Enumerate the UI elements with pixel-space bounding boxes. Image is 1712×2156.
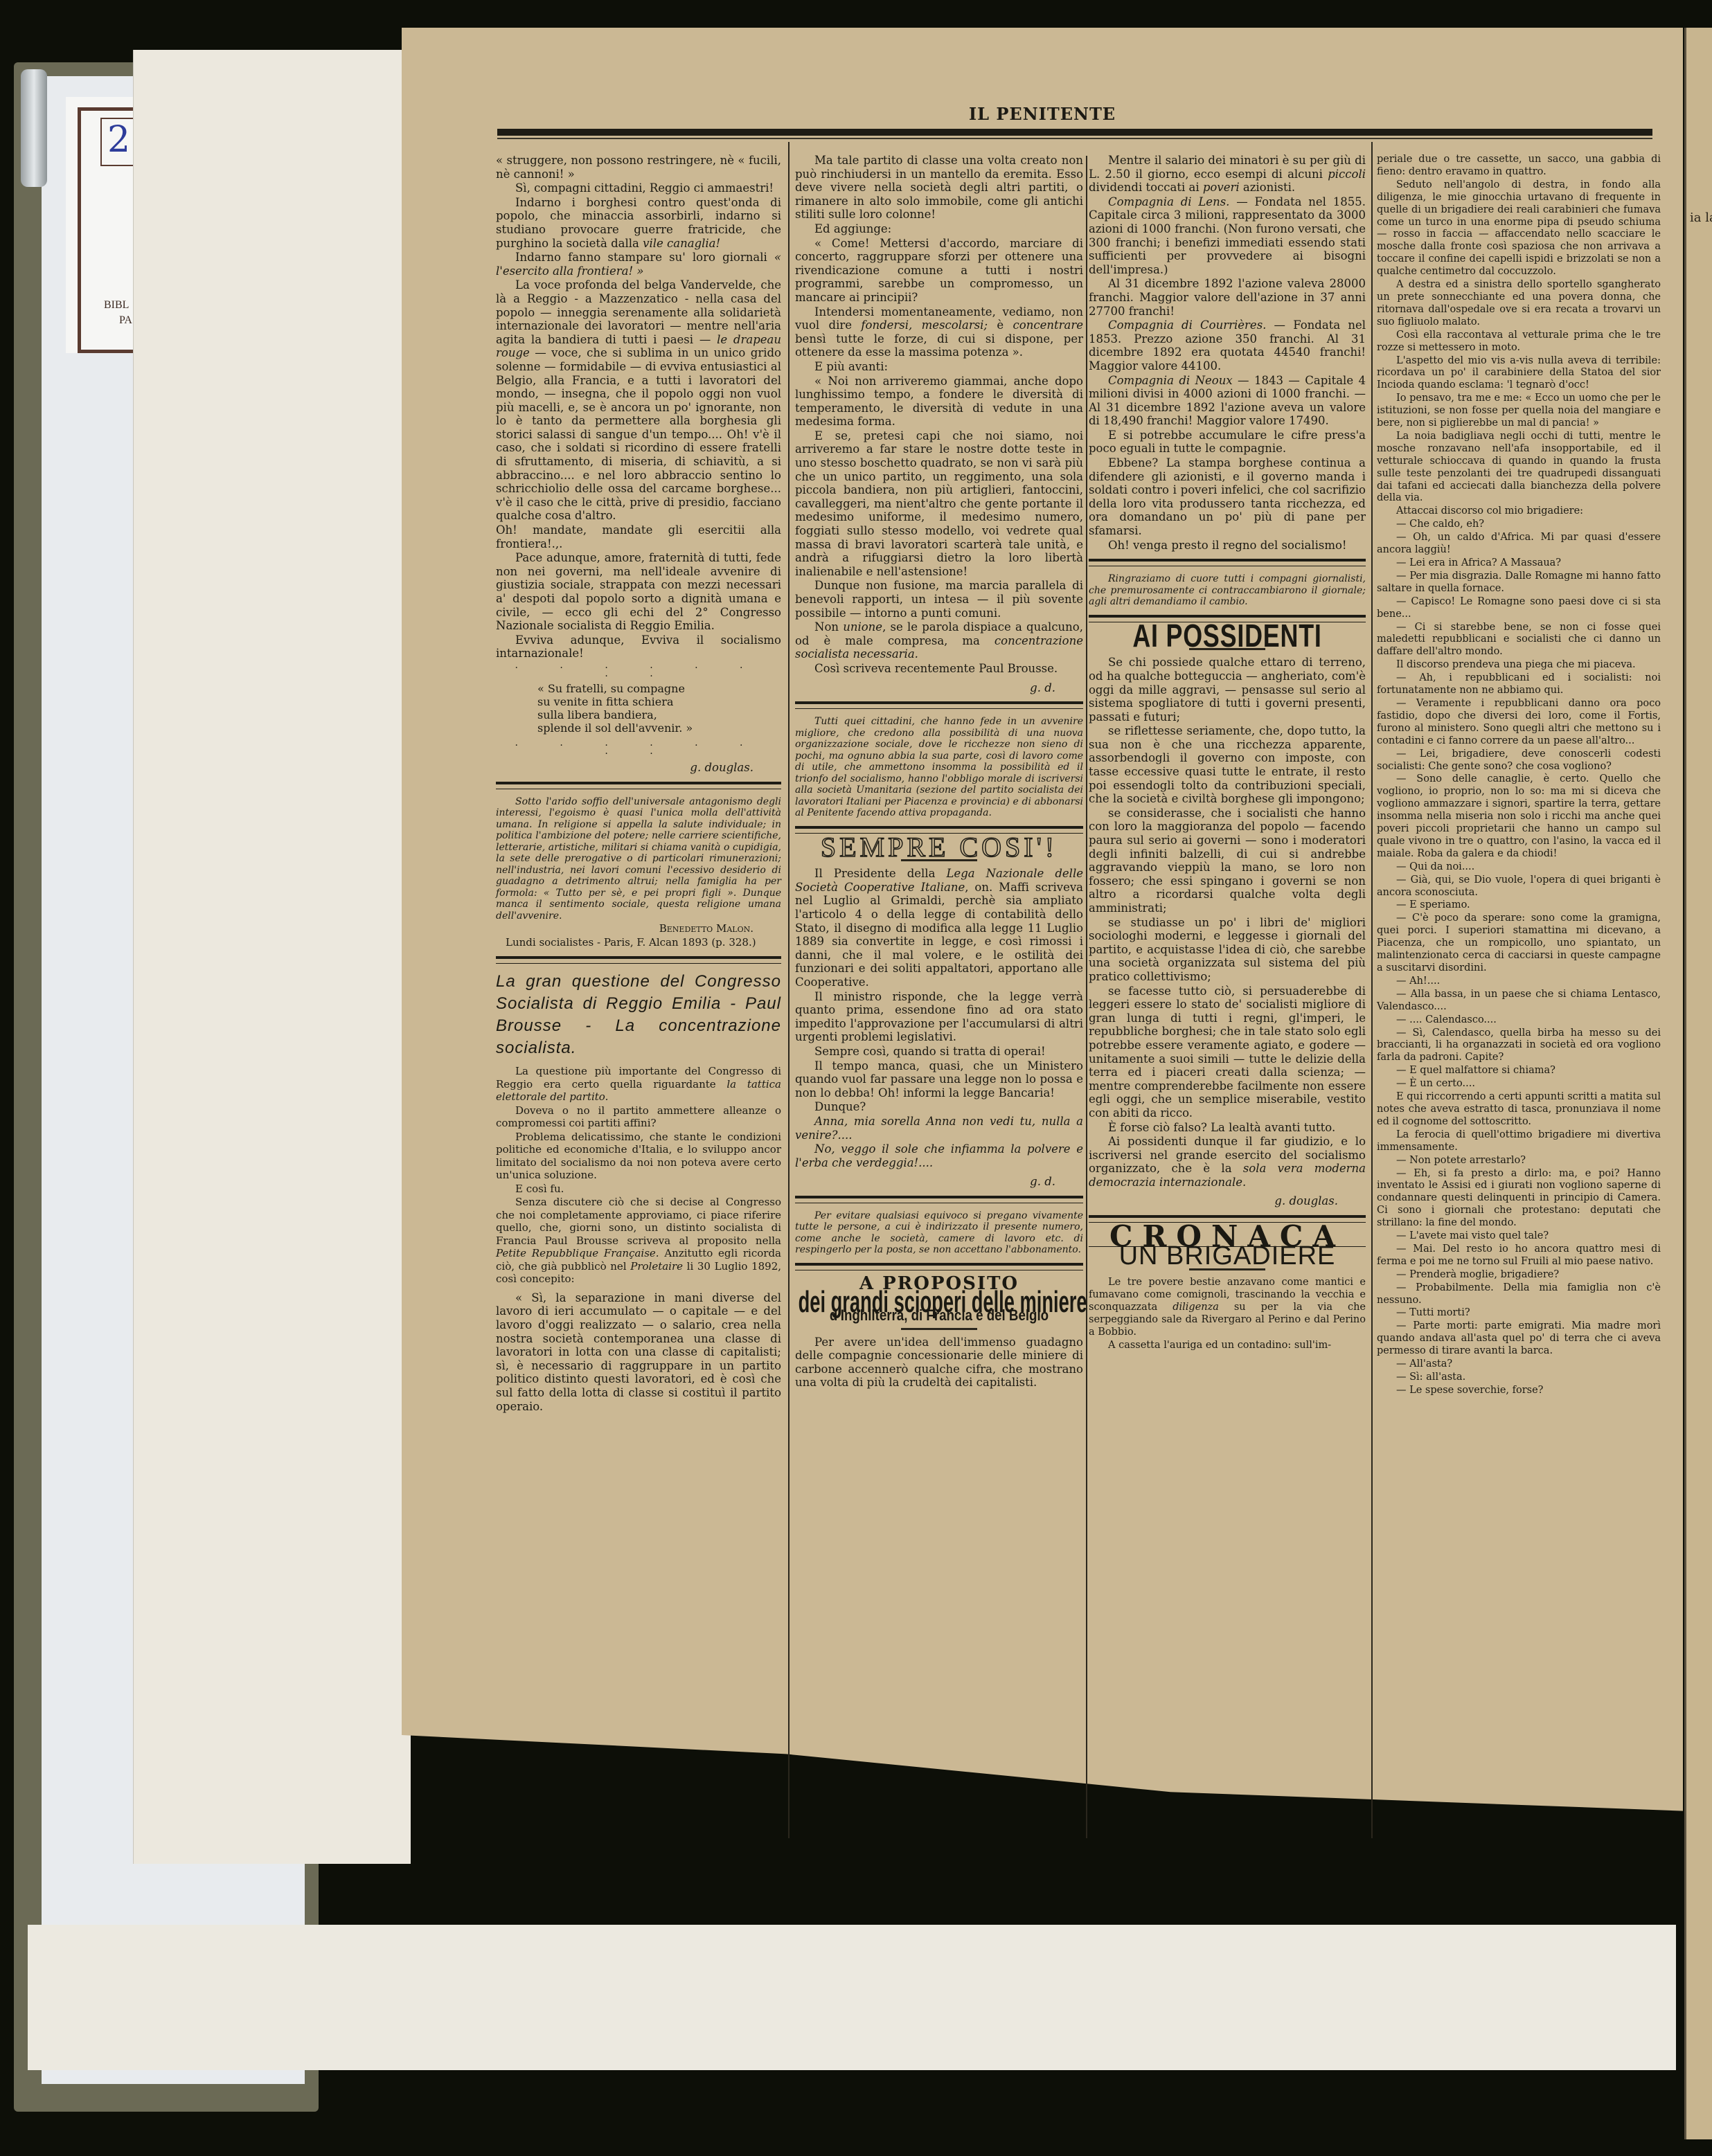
dialogue-line: — All'asta? xyxy=(1377,1358,1661,1371)
paragraph: La noia badigliava negli occhi di tutti,… xyxy=(1377,431,1661,505)
paragraph: Anna, mia sorella Anna non vedi tu, null… xyxy=(795,1115,1083,1142)
dialogue-line: — Sì, Calendasco, quella birba ha messo … xyxy=(1377,1027,1661,1065)
flourish-ornament xyxy=(901,1328,977,1330)
paragraph: Compagnia di Lens. — Fondata nel 1855. C… xyxy=(1089,195,1366,277)
adjacent-page-edge xyxy=(1684,28,1712,2139)
paragraph: Il discorso prendeva una piega che mi pi… xyxy=(1377,659,1661,672)
paragraph: Doveva o no il partito ammettere alleanz… xyxy=(496,1104,781,1130)
dialogue-line: — Eh, si fa presto a dirlo: ma, e poi? H… xyxy=(1377,1168,1661,1230)
masthead-rule-thin xyxy=(497,138,1652,139)
dialogue-line: — C'è poco da sperare: sono come la gram… xyxy=(1377,913,1661,975)
column-3: Mentre il salario dei minatori è su per … xyxy=(1089,154,1366,1352)
notice-block: Tutti quei cittadini, che hanno fede in … xyxy=(795,716,1083,819)
article-headline: AI POSSIDENTI xyxy=(1119,629,1335,643)
quote-source: Lundi socialistes - Paris, F. Alcan 1893… xyxy=(496,936,781,950)
dialogue-line: — Prenderà moglie, brigadiere? xyxy=(1377,1269,1661,1282)
dialogue-line: — .... Calendasco.... xyxy=(1377,1014,1661,1027)
section-rule xyxy=(496,956,781,964)
paragraph: « Come! Mettersi d'accordo, marciare di … xyxy=(795,237,1083,305)
dialogue-line: — Che caldo, eh? xyxy=(1377,519,1661,531)
dialogue-line: — Lei, brigadiere, deve conoscerli codes… xyxy=(1377,748,1661,773)
paragraph: Pace adunque, amore, fraternità di tutti… xyxy=(496,551,781,633)
paragraph: Indarno fanno stampare su' loro giornali… xyxy=(496,251,781,278)
dialogue-line: — Capisco! Le Romagne sono paesi dove ci… xyxy=(1377,596,1661,621)
column-4: periale due o tre cassette, un sacco, un… xyxy=(1377,154,1661,1398)
section-rule xyxy=(795,701,1083,709)
paragraph: « Sì, la separazione in mani diverse del… xyxy=(496,1291,781,1413)
dialogue-line: — Ah, i repubblicani ed i socialisti: no… xyxy=(1377,672,1661,697)
dialogue-line: — Mai. Del resto io ho ancora quattro me… xyxy=(1377,1243,1661,1268)
paragraph: E così fu. xyxy=(496,1183,781,1196)
dialogue-line: — Alla bassa, in un paese che si chiama … xyxy=(1377,989,1661,1014)
paragraph: Io pensavo, tra me e me: « Ecco un uomo … xyxy=(1377,393,1661,430)
paragraph: Dunque? xyxy=(795,1100,1083,1114)
dialogue-line: — Parte morti: parte emigrati. Mia madre… xyxy=(1377,1320,1661,1358)
guard-sheet xyxy=(133,50,411,1864)
signature: g. douglas. xyxy=(496,761,781,775)
paragraph: A cassetta l'auriga ed un contadino: sul… xyxy=(1089,1339,1366,1351)
paragraph: Oh! venga presto il regno del socialismo… xyxy=(1089,539,1366,553)
column-divider xyxy=(1086,156,1087,1838)
paragraph: Ed aggiunge: xyxy=(795,222,1083,236)
column-divider xyxy=(1371,142,1373,1838)
paragraph: Indarno i borghesi contro quest'onda di … xyxy=(496,196,781,250)
paragraph: Compagnia di Neoux — 1843 — Capitale 4 m… xyxy=(1089,374,1366,428)
paragraph: periale due o tre cassette, un sacco, un… xyxy=(1377,154,1661,179)
signature: g. d. xyxy=(795,1175,1083,1189)
paragraph: La questione più importante del Congress… xyxy=(496,1065,781,1104)
article-headline: UN BRIGADIERE xyxy=(1089,1250,1366,1264)
paragraph: se studiasse un po' i libri de' migliori… xyxy=(1089,916,1366,984)
paragraph: « struggere, non possono restringere, nè… xyxy=(496,154,781,181)
paragraph: Le tre povere bestie anzavano come manti… xyxy=(1089,1276,1366,1338)
paragraph: E qui riccorrendo a certi appunti scritt… xyxy=(1377,1091,1661,1129)
paragraph: « Noi non arriveremo giammai, anche dopo… xyxy=(795,375,1083,429)
paragraph: se riflettesse seriamente, che, dopo tut… xyxy=(1089,724,1366,806)
notice-block: Per evitare qualsiasi equivoco si pregan… xyxy=(795,1210,1083,1256)
paragraph: Sempre così, quando si tratta di operai! xyxy=(795,1045,1083,1059)
dialogue-line: — Ci si starebbe bene, se non ci fosse q… xyxy=(1377,622,1661,659)
dialogue-line: — L'avete mai visto quel tale? xyxy=(1377,1230,1661,1243)
guard-sheet-bottom xyxy=(28,1925,1676,2070)
dialogue-line: — Non potete arrestarlo? xyxy=(1377,1155,1661,1167)
paragraph: Compagnia di Courrières. — Fondata nel 1… xyxy=(1089,318,1366,372)
paragraph: Il Presidente della Lega Nazionale delle… xyxy=(795,867,1083,989)
paragraph: Evviva adunque, Evviva il socialismo int… xyxy=(496,634,781,661)
paragraph: Ebbene? La stampa borghese continua a di… xyxy=(1089,456,1366,538)
article-headline: SEMPRE COSI'! xyxy=(795,841,1083,854)
paragraph: Non unione, se le parola dispiace a qual… xyxy=(795,620,1083,661)
paragraph: Il ministro risponde, che la legge verrà… xyxy=(795,990,1083,1044)
paragraph: Così ella raccontava al vetturale prima … xyxy=(1377,330,1661,354)
paragraph: Se chi possiede qualche ettaro di terren… xyxy=(1089,656,1366,724)
dialogue-line: — Per mia disgrazia. Dalle Romagne mi ha… xyxy=(1377,571,1661,595)
bookplate-text: BIBLPA xyxy=(104,298,132,328)
dialogue-line: — Veramente i repubblicani danno ora poc… xyxy=(1377,698,1661,748)
paragraph: Ai possidenti dunque il far giudizio, e … xyxy=(1089,1135,1366,1189)
column-1: « struggere, non possono restringere, nè… xyxy=(496,154,781,1414)
section-rule xyxy=(795,1196,1083,1203)
column-divider xyxy=(788,142,790,1838)
article-subheadline: d'Inghilterra, di Francia e del Belgio xyxy=(817,1309,1062,1322)
paragraph: Oh! mandate, mandate gli esercitii alla … xyxy=(496,523,781,550)
dots-separator: . . . . . . . . xyxy=(496,739,781,755)
paragraph: Così scriveva recentemente Paul Brousse. xyxy=(795,662,1083,676)
paragraph: Attaccai discorso col mio brigadiere: xyxy=(1377,505,1661,518)
section-rule xyxy=(795,1263,1083,1270)
paragraph: Sì, compagni cittadini, Reggio ci ammaes… xyxy=(496,181,781,195)
signature: g. d. xyxy=(795,681,1083,695)
poem: « Su fratelli, su compagnesu venite in f… xyxy=(537,682,781,735)
dots-separator: . . . . . . . . xyxy=(496,661,781,678)
notice-block: Ringraziamo di cuore tutti i compagni gi… xyxy=(1089,573,1366,608)
adjacent-page-text: ia la te ri ba c- te n- — i- ra ra le di… xyxy=(1690,208,1712,228)
paragraph: La voce profonda del belga Vandervelde, … xyxy=(496,278,781,523)
dialogue-line: — Lei era in Africa? A Massaua? xyxy=(1377,557,1661,570)
paragraph: Senza discutere ciò che si decise al Con… xyxy=(496,1196,781,1286)
masthead: IL PENITENTE xyxy=(402,104,1683,124)
dialogue-line: — Qui da noi.... xyxy=(1377,861,1661,874)
paragraph: se considerasse, che i socialisti che ha… xyxy=(1089,807,1366,915)
paragraph: No, veggo il sole che infiamma la polver… xyxy=(795,1142,1083,1169)
paragraph: Ma tale partito di classe una volta crea… xyxy=(795,154,1083,222)
column-2: Ma tale partito di classe una volta crea… xyxy=(795,154,1083,1390)
masthead-rule xyxy=(497,129,1652,136)
dialogue-line: — Oh, un caldo d'Africa. Mi par quasi d'… xyxy=(1377,532,1661,557)
paragraph: Intendersi momentaneamente, vediamo, non… xyxy=(795,305,1083,359)
signature: g. douglas. xyxy=(1089,1194,1366,1208)
dialogue-line: — E quel malfattore si chiama? xyxy=(1377,1065,1661,1077)
paragraph: È forse ciò falso? La lealtà avanti tutt… xyxy=(1089,1121,1366,1135)
section-rule xyxy=(1089,559,1366,566)
dialogue-line: — Sono delle canaglie, è certo. Quello c… xyxy=(1377,773,1661,860)
dialogue-line: — Già, qui, se Dio vuole, l'opera di que… xyxy=(1377,874,1661,899)
dialogue-line: — Le spese soverchie, forse? xyxy=(1377,1385,1661,1397)
quote-block: Sotto l'arido soffio dell'universale ant… xyxy=(496,796,781,922)
paragraph: Mentre il salario dei minatori è su per … xyxy=(1089,154,1366,195)
paragraph: Seduto nell'angolo di destra, in fondo a… xyxy=(1377,179,1661,278)
dialogue-line: — Sì: all'asta. xyxy=(1377,1372,1661,1384)
dialogue-line: — È un certo.... xyxy=(1377,1078,1661,1090)
section-rule xyxy=(496,782,781,789)
dialogue-line: — Ah!.... xyxy=(1377,976,1661,988)
paragraph: Dunque non fusione, ma marcia parallela … xyxy=(795,579,1083,620)
article-headline: La gran questione del Congresso Socialis… xyxy=(496,971,781,1059)
metal-corner-clip xyxy=(21,69,47,187)
dialogue-line: — Tutti morti? xyxy=(1377,1307,1661,1320)
paragraph: Problema delicatissimo, che stante le co… xyxy=(496,1131,781,1182)
paragraph: Per avere un'idea dell'immenso guadagno … xyxy=(795,1336,1083,1390)
paragraph: se facesse tutto ciò, si persuaderebbe d… xyxy=(1089,985,1366,1120)
quote-author: Benedetto Malon. xyxy=(496,922,781,936)
dialogue-line: — E speriamo. xyxy=(1377,899,1661,912)
paragraph: E se, pretesi capi che noi siamo, noi ar… xyxy=(795,429,1083,579)
paragraph: E si potrebbe accumulare le cifre press'… xyxy=(1089,429,1366,456)
paragraph: A destra ed a sinistra dello sportello s… xyxy=(1377,279,1661,329)
paragraph: E più avanti: xyxy=(795,360,1083,374)
dialogue-line: — Probabilmente. Della mia famiglia non … xyxy=(1377,1282,1661,1307)
paragraph: Al 31 dicembre 1892 l'azione valeva 2800… xyxy=(1089,277,1366,318)
paragraph: L'aspetto del mio vis a-vis nulla aveva … xyxy=(1377,355,1661,393)
paragraph: Il tempo manca, quasi, che un Ministero … xyxy=(795,1059,1083,1100)
paragraph: La ferocia di quell'ottimo brigadiere mi… xyxy=(1377,1129,1661,1154)
